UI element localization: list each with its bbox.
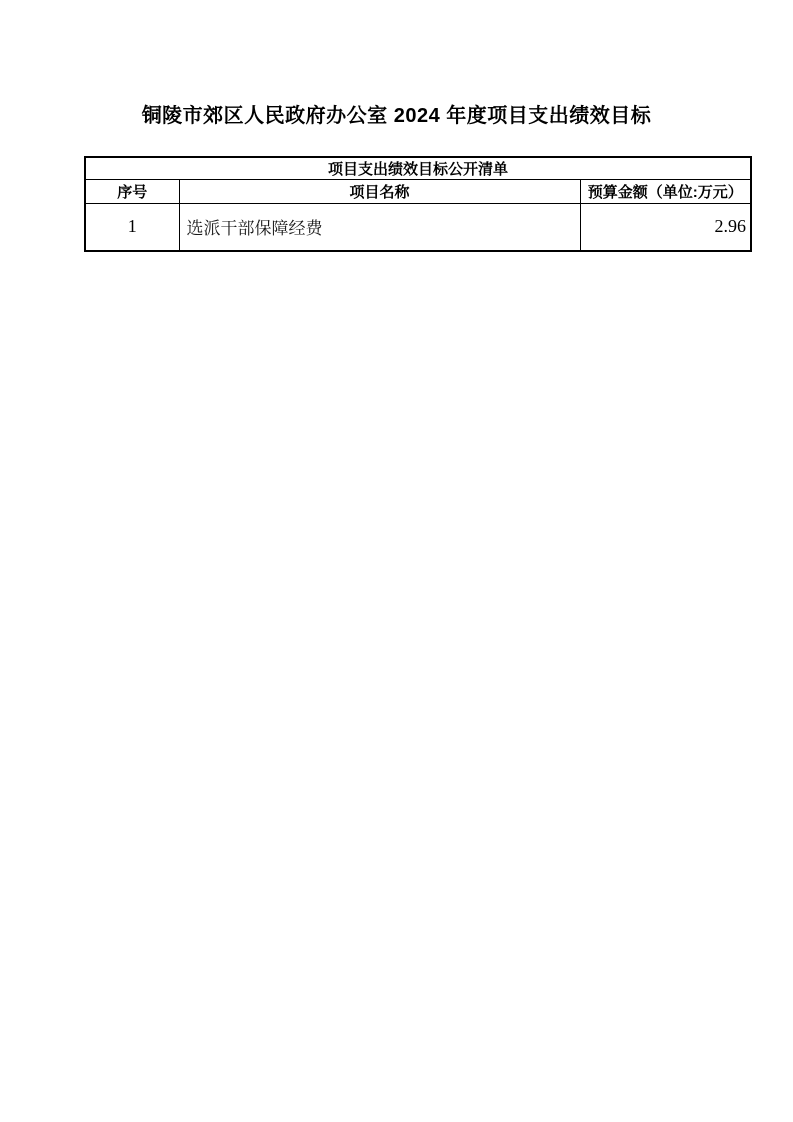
project-name-cell: 选派干部保障经费 [179, 204, 580, 251]
page-title: 铜陵市郊区人民政府办公室 2024 年度项目支出绩效目标 [0, 103, 793, 129]
table-row: 1 选派干部保障经费 2.96 [85, 204, 751, 251]
performance-target-table: 项目支出绩效目标公开清单 序号 项目名称 预算金额（单位:万元） 1 选派干部保… [84, 156, 752, 252]
table-header-row: 序号 项目名称 预算金额（单位:万元） [85, 180, 751, 204]
column-header-index: 序号 [85, 180, 179, 204]
budget-amount-cell: 2.96 [580, 204, 751, 251]
table-caption-row: 项目支出绩效目标公开清单 [85, 157, 751, 180]
column-header-project-name: 项目名称 [179, 180, 580, 204]
document-page: 铜陵市郊区人民政府办公室 2024 年度项目支出绩效目标 项目支出绩效目标公开清… [0, 0, 793, 1122]
row-index-cell: 1 [85, 204, 179, 251]
column-header-budget-amount: 预算金额（单位:万元） [580, 180, 751, 204]
table-caption: 项目支出绩效目标公开清单 [85, 157, 751, 180]
